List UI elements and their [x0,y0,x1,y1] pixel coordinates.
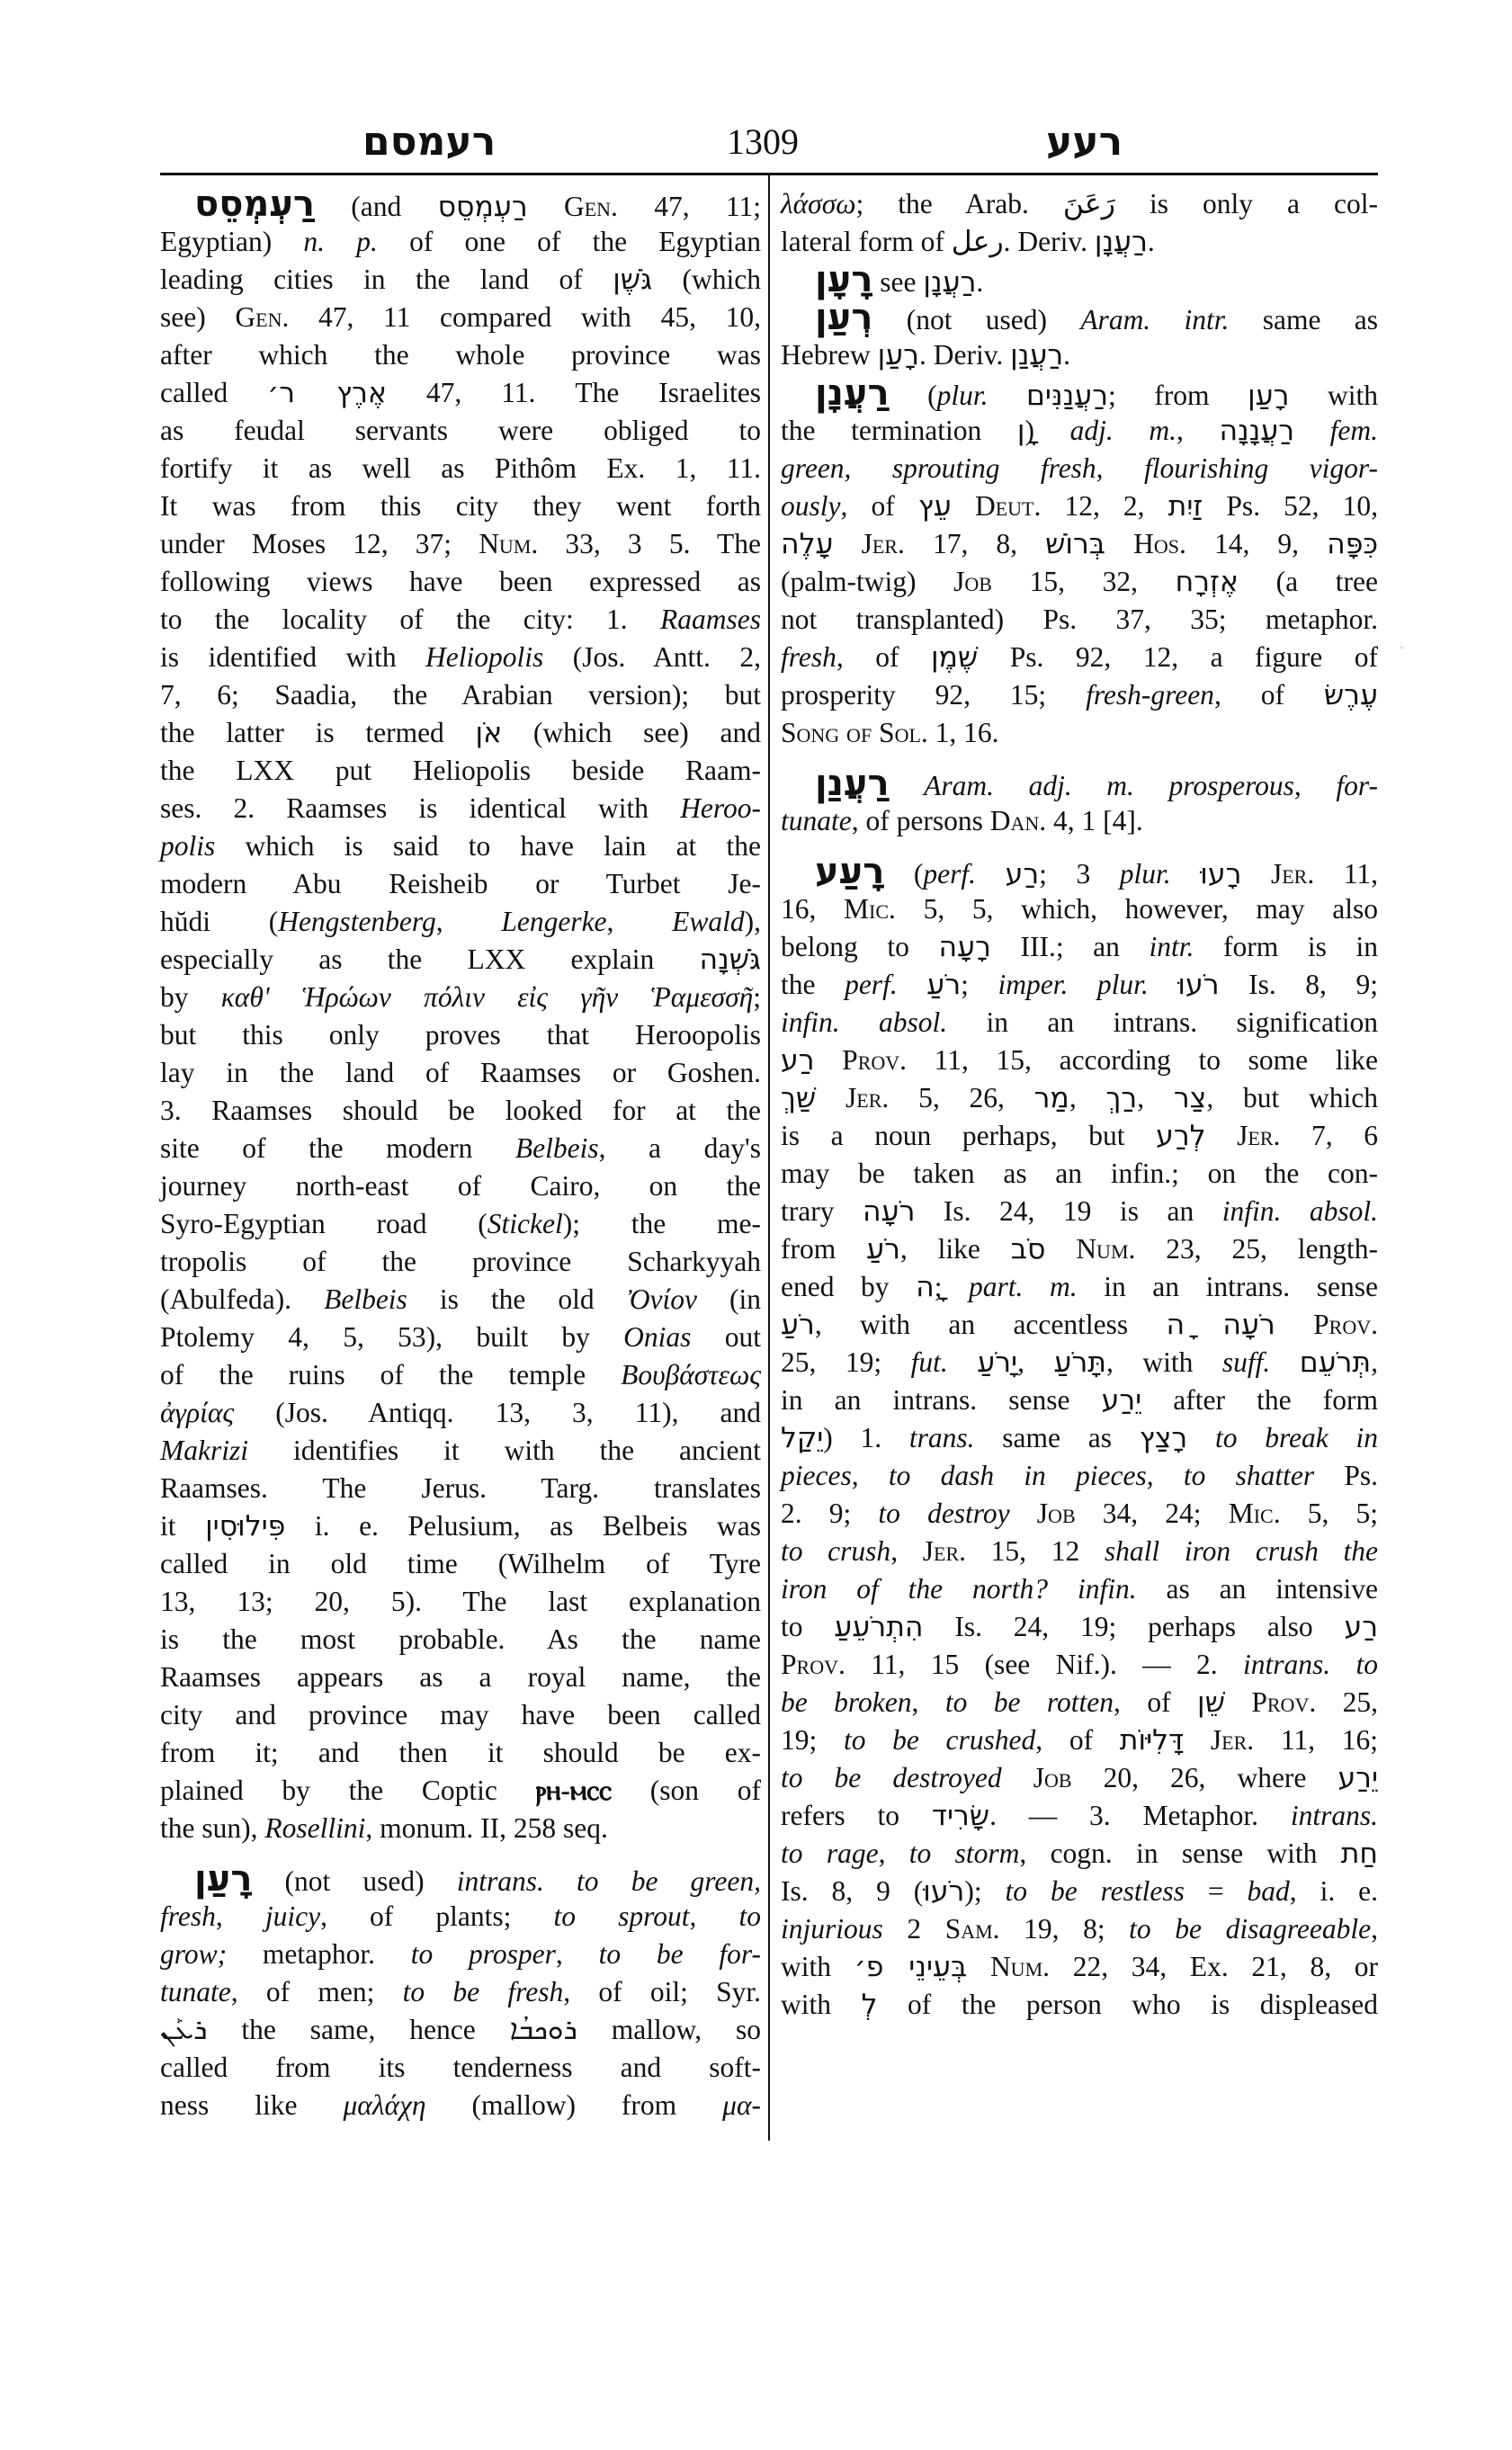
text-line: (palm-twig) Job 15, 32, אֶזְרָח (a tree [781,563,1378,601]
text-span [1149,969,1178,1000]
text-line: fortify it as well as Pithôm Ex. 1, 11. [160,450,761,487]
text-line: to הִתְרֹעֵעַ Is. 24, 19; perhaps also ר… [781,1608,1378,1646]
text-span: 2 [883,1913,945,1945]
text-span: the sun), [160,1812,264,1844]
text-span: 13, 13; 20, 5). The last explanation [160,1586,761,1617]
text-line: שַׁךְ Jer. 5, 26, מַר, רַךְ, צַר, but wh… [781,1079,1378,1117]
text-span: , [1371,1913,1378,1945]
text-span: ( [884,858,923,890]
text-span: (which see) and [502,717,761,748]
entry-headword: רְעַן [815,297,872,338]
text-line: under Moses 12, 37; Num. 33, 3 5. The [160,525,761,563]
hebrew-word: רָעַן [1248,380,1289,412]
text-line: polis which is said to have lain at the [160,827,761,865]
text-span: modern Abu Reisheib or Turbet Je- [160,868,761,899]
text-span: after which the whole province was [160,339,761,371]
text-span: , [607,906,673,937]
text-line: to the locality of the city: 1. Raamses [160,601,761,639]
text-line: of the ruins of the temple Βουβάστεως [160,1356,761,1394]
hebrew-word: רַעֲנַן [1010,339,1063,371]
text-span: Is. 24, 19; perhaps also [923,1611,1344,1642]
italic-text: fut. [911,1346,948,1378]
italic-text: perf. [845,969,898,1000]
hebrew-word: רֹעַ [781,1309,815,1341]
text-span: as an intensive [1137,1573,1378,1605]
italic-text: Aram. adj. m. prosperous [924,770,1294,801]
text-span: see) [160,301,235,333]
text-line: belong to רָעָה III.; an intr. form is i… [781,928,1378,966]
text-span: under Moses 12, 37; [160,528,479,559]
text-span: 11, 15 (see Nif.). — 2. [845,1649,1243,1680]
italic-text: green, sprouting fresh, flourishing vigo… [781,452,1378,484]
text-line: fresh, of שֶׁמֶן Ps. 92, 12, a figure of [781,639,1378,676]
text-span: 5, 5, which, however, may also [896,893,1378,925]
text-span: called from its tenderness and soft- [160,2052,761,2083]
text-span: 47, 11; [618,191,761,222]
italic-text: Ὀνίον [627,1283,697,1315]
hebrew-word: יָרֹעַ [977,1346,1017,1379]
text-span: III.; an [991,931,1150,962]
text-span: , with [1106,1346,1222,1378]
text-span: the termination [781,415,1017,446]
text-span: , [852,1460,889,1491]
hebrew-word: תְּרֹעֵם [1300,1346,1371,1379]
text-span: of the ruins of the temple [160,1359,621,1390]
text-line: tunate, of persons Dan. 4, 1 [4]. [781,802,1378,840]
book-abbrev: Job [953,566,992,597]
text-span: , of [1114,1686,1197,1718]
text-line: called in old time (Wilhelm of Tyre [160,1545,761,1583]
hebrew-word: רֹעַ [866,1233,900,1265]
italic-text: to rage [781,1837,879,1869]
text-span: , [690,1900,739,1932]
hebrew-word: זַיִת [1168,490,1203,523]
italic-text: καθ' Ἡρώων πόλιν εἰς γῆν Ῥαμεσσῆ [221,981,754,1013]
italic-text: ἀγρίας [160,1397,234,1428]
text-line: רָעַע (perf. רַע; 3 plur. רָעוּ Jer. 11, [781,853,1378,890]
text-span: , [556,1938,599,1970]
running-head-last-word: רעע [1046,115,1123,169]
italic-text: Ewald [672,906,745,937]
text-span: hŭdi ( [160,906,278,937]
text-span: site of the modern [160,1132,515,1164]
text-span: ); [964,1875,1005,1907]
text-line: leading cities in the land of גֹּשֶׁן (w… [160,261,761,299]
text-span: after the form [1141,1384,1378,1416]
book-abbrev: Jer. [845,1082,889,1113]
text-line: after which the whole province was [160,336,761,374]
entry-headword: רַעְמְסֵס [194,183,315,225]
text-line: רַעְמְסֵס (and רַעְמְסֵס Gen. 47, 11; [160,185,761,223]
italic-text: Makrizi [160,1435,248,1466]
text-span: . [976,266,983,298]
text-span [1225,1686,1251,1718]
hebrew-word: רָצַץ [1140,1422,1187,1454]
book-abbrev: Num. [1076,1233,1135,1265]
text-span: Ps. 52, 10, [1203,490,1378,522]
text-span: out [691,1321,761,1353]
hebrew-word: לְרַע [1156,1120,1205,1152]
text-line: lateral form of رعل. Deriv. רַעֲנָן. [781,223,1378,261]
text-span: identifies it with the ancient [248,1435,761,1466]
hebrew-word: שֵׁן [1197,1686,1225,1719]
text-span: , cogn. in sense with [1019,1837,1340,1869]
text-span: same as [975,1422,1140,1453]
text-line: is identified with Heliopolis (Jos. Antt… [160,639,761,676]
hebrew-word: ָה [1166,1309,1185,1341]
text-line: 19; to be crushed, of דָּלִיּוֹת Jer. 11… [781,1721,1378,1759]
text-span: 16, [781,893,844,925]
hebrew-word: גֹּשֶׁן [613,264,652,296]
text-span [1187,1422,1215,1453]
column-divider [768,174,770,2141]
italic-text: infin. absol. [1222,1195,1378,1227]
italic-text: perf. [923,858,976,890]
text-span: Egyptian) [160,226,303,257]
italic-text: μα- [722,2089,761,2121]
text-span: (not used) [252,1865,456,1897]
text-line: tropolis of the province Scharkyyah [160,1243,761,1281]
text-line: רֹעַ, with an accentless ָה רֹעָה Prov. [781,1306,1378,1344]
entry-headword: רַעֲנָן [815,372,890,414]
book-abbrev: Jer. [1237,1120,1280,1151]
hebrew-word: رعل [952,226,1004,258]
text-span: called [160,377,267,408]
italic-text: to sprout [554,1900,690,1932]
text-line: ness like μαλάχη (mallow) from μα- [160,2087,761,2124]
text-line: to crush, Jer. 15, 12 shall iron crush t… [781,1533,1378,1570]
italic-text: intrans. [1291,1800,1378,1831]
text-span: form is in [1194,931,1378,962]
book-abbrev: Job [1033,1762,1072,1793]
text-span: , of [841,490,918,522]
italic-text: polis [160,830,215,862]
text-line: fresh, juicy, of plants; to sprout, to [160,1898,761,1936]
text-span: is the old [407,1283,627,1315]
text-line: 25, 19; fut. יָרֹעַ, תָּרֹעַ, with suff.… [781,1344,1378,1381]
italic-text: fem. [1330,415,1378,446]
text-span: 25, 19; [781,1346,911,1378]
text-span [1270,1346,1299,1378]
text-line: tunate, of men; to be fresh, of oil; Syr… [160,1973,761,2011]
hebrew-word: בְּרוֹשׁ [1045,528,1105,560]
text-span: . [1063,339,1070,371]
text-line: 3. Raamses should be looked for at the [160,1092,761,1130]
text-line: the termination ָן) adj. m., רַעֲנָנָה f… [781,412,1378,450]
italic-text: suff. [1222,1346,1270,1378]
text-span [1275,1309,1313,1340]
italic-text: iron of the north? [781,1573,1048,1605]
text-span: lay in the land of Raamses or Goshen. [160,1057,761,1088]
text-span: 5, 5; [1281,1498,1378,1529]
italic-text: to be rotten [945,1686,1114,1718]
text-line: יֵקַל) 1. trans. same as רָצַץ to break … [781,1419,1378,1457]
hebrew-word: ָה [916,1271,935,1303]
text-line: λάσσω; the Arab. رَعَنَ is only a col- [781,185,1378,223]
hebrew-word: רָעוּ [1200,858,1241,890]
text-span: which is said to have lain at the [215,830,761,862]
text-span: = [1185,1875,1248,1907]
text-span: , [1137,1082,1174,1113]
text-span: (which [652,264,761,295]
text-line: with לְ of the person who is displeased [781,1986,1378,2024]
text-span: 14, 9, [1186,528,1327,559]
text-span [1206,1120,1238,1151]
italic-text: shall iron crush the [1105,1535,1378,1567]
italic-text: injurious [781,1913,883,1945]
italic-text: infin. [1078,1573,1137,1605]
text-span: , of [1214,679,1324,711]
text-span: . [1148,226,1155,257]
text-span: ; [753,981,761,1013]
book-abbrev: Prov. [1251,1686,1316,1718]
text-span: ) [1025,415,1070,446]
hebrew-word: رَعَنَ [1063,188,1115,220]
text-span [988,380,1026,411]
italic-text: λάσσω [781,188,856,219]
text-span: not transplanted) Ps. 37, 35; metaphor. [781,604,1378,635]
text-line: ened by ָה; part. m. in an intrans. sens… [781,1268,1378,1306]
italic-text: intrans. to [1243,1649,1378,1680]
text-span: is identified with [160,641,425,673]
text-line: רְעַן (not used) Aram. intr. same as [781,299,1378,336]
italic-text: fresh [781,641,837,673]
text-line: site of the modern Belbeis, a day's [160,1130,761,1167]
italic-text: fresh-green [1086,679,1214,711]
hebrew-word: חַת [1341,1837,1378,1870]
text-span: . — 3. Metaphor. [989,1800,1291,1831]
text-line: from רֹעַ, like סֹב Num. 23, 25, length- [781,1230,1378,1268]
text-span: , but which [1206,1082,1378,1113]
text-span: (mallow) from [425,2089,722,2121]
hebrew-word: רָעַן [878,339,919,371]
text-line: 16, Mic. 5, 5, which, however, may also [781,890,1378,928]
text-span [1171,858,1201,890]
book-abbrev: Dan. [990,805,1046,836]
text-span: metaphor. [227,1938,411,1970]
text-span: ; the Arab. [856,188,1063,219]
text-line: ܪܥܰܢ the same, hence ܪܘܟܒܳܐ mallow, so [160,2011,761,2049]
text-span: the same, hence [207,2014,509,2045]
italic-text: to destroy [878,1498,1009,1529]
italic-text: to [739,1900,762,1932]
text-span: 33, 3 5. The [538,528,761,559]
text-span: plained by the Coptic [160,1775,536,1806]
text-span: may be taken as an infin.; on the con- [781,1158,1378,1189]
italic-text: μαλάχη [343,2089,425,2121]
hebrew-word: שָׂרִיד [932,1800,989,1832]
text-span: 7, 6 [1280,1120,1378,1151]
book-abbrev: Hos. [1133,528,1186,559]
text-span: , like [900,1233,1011,1265]
text-span: 11, [1314,858,1378,890]
italic-text: tunate [160,1976,231,2007]
italic-text: plur. [1120,858,1171,890]
book-abbrev: Mic. [1229,1498,1281,1529]
text-span: , of persons [852,805,990,836]
text-span: especially as the LXX explain [160,943,700,975]
text-span: is the most probable. As the name [160,1623,761,1655]
hebrew-word: רַעֲנָן [1095,226,1148,258]
text-span: 47, 11. The Israelites [387,377,761,408]
italic-text: Belbeis [515,1132,599,1164]
italic-text: to be for- [599,1938,761,1970]
hebrew-word: עֵץ [918,490,952,523]
text-span: , of [837,641,931,673]
text-span: ), [745,906,761,937]
text-line: is the most probable. As the name [160,1621,761,1659]
entry-headword: רַעֲנַן [815,763,890,804]
text-span [1048,1573,1078,1605]
hebrew-word: ܪܘܟܒܳܐ [510,2014,577,2046]
italic-text: to crush [781,1535,890,1567]
text-span [1185,1309,1222,1340]
text-line: עָלֶה Jer. 17, 8, בְּרוֹשׁ Hos. 14, 9, כ… [781,525,1378,563]
text-line: It was from this city they went forth [160,487,761,525]
hebrew-word: בְּעֵינֵי פ׳ [854,1951,968,1983]
text-span [1045,1233,1076,1265]
text-line: 7, 6; Saadia, the Arabian version); but [160,676,761,714]
text-span: refers to [781,1800,932,1831]
text-span: as feudal servants were obliged to [160,415,761,446]
text-span: . Deriv. [919,339,1010,371]
text-span: , of [1035,1724,1120,1756]
entry-headword: רָעַן [194,1858,252,1900]
text-span: with [781,1989,862,2020]
hebrew-word: רֹעוּ [1177,969,1219,1001]
italic-text: Heliopolis [425,641,543,673]
text-line: be broken, to be rotten, of שֵׁן Prov. 2… [781,1684,1378,1721]
text-span: ; [935,1271,969,1302]
text-line: see) Gen. 47, 11 compared with 45, 10, [160,299,761,336]
text-line: journey north-east of Cairo, on the [160,1167,761,1205]
italic-text: adj. m. [1070,415,1176,446]
hebrew-word: רָעָה [938,931,990,963]
text-line: Hebrew רָעַן. Deriv. רַעֲנַן. [781,336,1378,374]
text-span: is only a col- [1115,188,1378,219]
text-span: Syro-Egyptian road ( [160,1208,488,1239]
text-span [1294,415,1330,446]
book-abbrev: Deut. [975,490,1041,522]
text-line: the sun), Rosellini, monum. II, 258 seq. [160,1810,761,1847]
hebrew-word: אֹן [476,717,503,749]
text-span: . Deriv. [1004,226,1095,257]
hebrew-word: צַר [1174,1082,1206,1114]
text-span: but this only proves that Heroopolis [160,1019,761,1051]
text-span: 22, 34, Ex. 21, 8, or [1050,1951,1378,1982]
hebrew-word: סֹב [1011,1233,1046,1265]
hebrew-word: רַעֲנָנָה [1219,415,1294,447]
text-span: (and [315,191,438,222]
text-line: infin. absol. in an intrans. significati… [781,1004,1378,1042]
text-span: Raamses appears as a royal name, the [160,1661,761,1693]
italic-text: Raamses [660,604,761,635]
text-span: called in old time (Wilhelm of Tyre [160,1548,761,1579]
text-span: belong to [781,931,938,962]
text-span: in an intrans. sense [1078,1271,1378,1302]
text-span: 19, 8; [1000,1913,1130,1945]
coptic-text: ⲣⲏ-ⲙⲥⲥ [536,1775,612,1806]
hebrew-word: לְ [862,1989,878,2021]
hebrew-word: ܪܥܰܢ [160,2014,207,2046]
text-span: Is. 24, 19 is an [915,1195,1221,1227]
italic-text: Lengerke [501,906,606,937]
text-line: 2. 9; to destroy Job 34, 24; Mic. 5, 5; [781,1495,1378,1533]
text-line: Egyptian) n. p. of one of the Egyptian [160,223,761,261]
text-line: it פִּילוּסִין i. e. Pelusium, as Belbei… [160,1507,761,1545]
text-span: Hebrew [781,339,878,371]
hebrew-word: תָּרֹעַ [1053,1346,1106,1379]
book-abbrev: Song of Sol. [781,717,928,748]
hebrew-word: אֶזְרָח [1176,566,1239,598]
italic-text: ously [781,490,841,522]
text-span [815,1044,843,1076]
text-line: the latter is termed אֹן (which see) and [160,714,761,752]
hebrew-word: גֹּשְׁנָה [700,943,762,976]
hebrew-word: כִּפָּה [1327,528,1378,560]
text-line: Ptolemy 4, 5, 53), built by Onias out [160,1319,761,1356]
text-span: (son of [612,1775,761,1806]
text-span: , [436,906,502,937]
text-span: , of plants; [320,1900,553,1932]
text-line: the perf. רֹעַ; imper. plur. רֹעוּ Is. 8… [781,966,1378,1004]
hebrew-word: ָן [1017,415,1025,447]
text-span: ness like [160,2089,343,2121]
italic-text: Βουβάστεως [621,1359,761,1390]
italic-text: Stickel [488,1208,563,1239]
text-line: prosperity 92, 15; fresh-green, of עֶרֶש… [781,676,1378,714]
text-line: refers to שָׂרִיד. — 3. Metaphor. intran… [781,1797,1378,1835]
text-line: trary רֹעָה Is. 24, 19 is an infin. abso… [781,1193,1378,1230]
text-span [1010,1498,1037,1529]
text-span: (Jos. Antiqq. 13, 3, 11), and [234,1397,761,1428]
hebrew-word: יֵקַל [781,1422,823,1454]
text-span: 15, 32, [992,566,1176,597]
dictionary-page: רעמסם 1309 רעע רַעְמְסֵס (and רַעְמְסֵס … [0,0,1512,2450]
text-line: 13, 13; 20, 5). The last explanation [160,1583,761,1621]
italic-text: to prosper [411,1938,556,1970]
margin-speck: · [1400,642,1409,651]
text-span: following views have been expressed as [160,566,761,597]
text-span [1105,528,1133,559]
text-span: , a day's [599,1132,761,1164]
book-abbrev: Prov. [842,1044,907,1076]
text-line: may be taken as an infin.; on the con- [781,1155,1378,1193]
book-abbrev: Sam. [945,1913,1000,1945]
text-line: to rage, to storm, cogn. in sense with ח… [781,1835,1378,1873]
entry-headword: רָעַע [815,851,884,892]
text-line: Song of Sol. 1, 16. [781,714,1378,752]
hebrew-word: הִתְרֹעֵעַ [834,1611,923,1643]
text-span: , [1371,1346,1378,1378]
italic-text: intr. [1150,931,1194,962]
text-span: 4, 1 [4]. [1046,805,1143,836]
italic-text: to be destroyed [781,1762,1002,1793]
text-line: from it; and then it should be ex- [160,1734,761,1772]
text-span: 11, 15, according to some like [907,1044,1378,1076]
text-span: in an intrans. sense [781,1384,1102,1416]
hebrew-word: רַע [1345,1611,1379,1643]
text-span: the LXX put Heliopolis beside Raam- [160,755,761,786]
text-span: (not used) [872,304,1080,335]
italic-text: part. m. [969,1271,1078,1302]
text-line: (Abulfeda). Belbeis is the old Ὀνίον (in [160,1281,761,1319]
text-span: (Abulfeda). [160,1283,324,1315]
text-span: Is. 8, 9; [1220,969,1379,1000]
text-line: especially as the LXX explain גֹּשְׁנָה [160,941,761,979]
italic-text: Hengstenberg [278,906,436,937]
italic-text: to break in [1215,1422,1378,1453]
